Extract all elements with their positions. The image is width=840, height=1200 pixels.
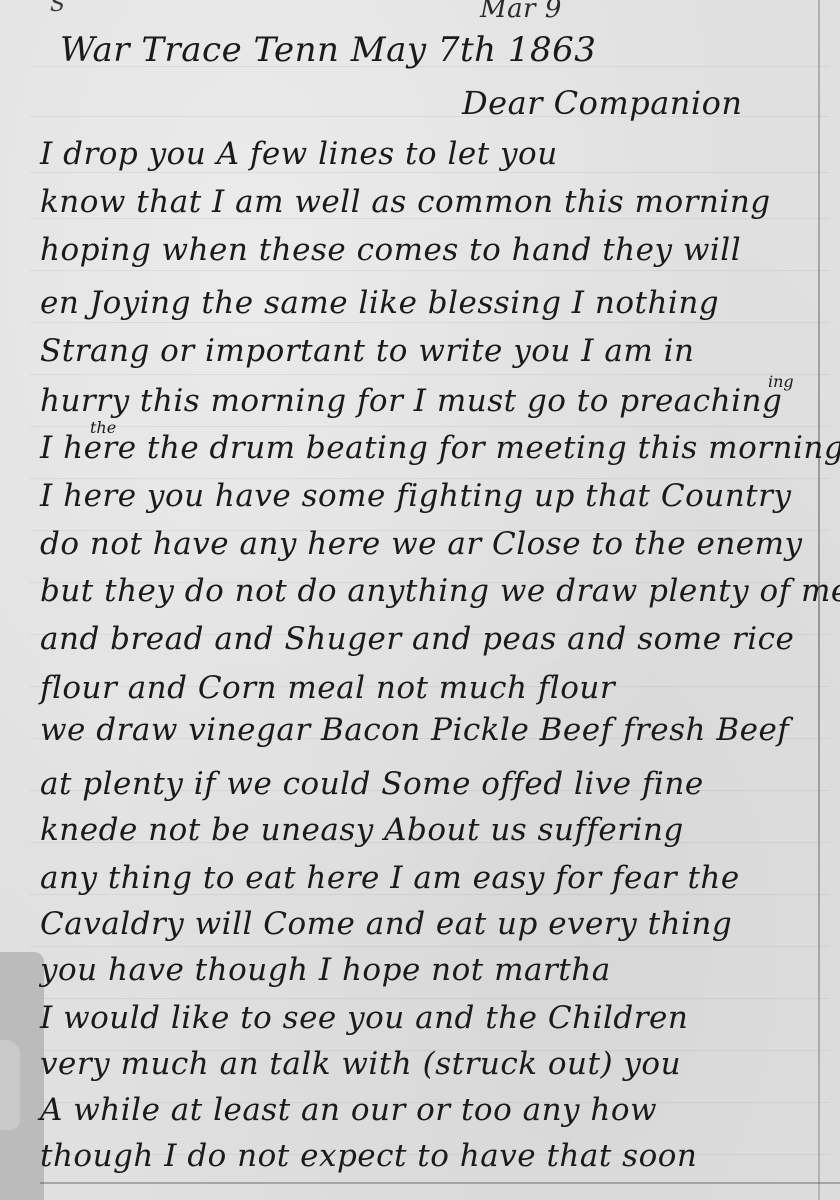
letter-line-4: en Joying the same like blessing I nothi… (40, 285, 820, 321)
top-fragment: Mar 9 (480, 0, 562, 24)
interlinear-insertion: ing (768, 372, 794, 391)
ruled-line (30, 270, 830, 271)
letter-dateline: War Trace Tenn May 7th 1863 (60, 30, 596, 70)
letter-line-12: flour and Corn meal not much flour (40, 670, 820, 706)
letter-line-21: A while at least an our or too any how (40, 1092, 820, 1128)
letter-line-5: Strang or important to write you I am in (40, 333, 820, 369)
ruled-line (30, 946, 830, 947)
letter-line-6: hurry this morning for I must go to prea… (40, 383, 820, 419)
ruled-line (30, 426, 830, 427)
letter-line-3: hoping when these comes to hand they wil… (40, 232, 820, 268)
letter-line-11: and bread and Shuger and peas and some r… (40, 621, 820, 657)
letter-line-20: very much an talk with (struck out) you (40, 1046, 820, 1082)
ruled-line (30, 998, 830, 999)
letter-line-14: at plenty if we could Some offed live fi… (40, 766, 820, 802)
interlinear-insertion: the (90, 418, 116, 437)
ruled-line (30, 172, 830, 173)
letter-line-17: Cavaldry will Come and eat up every thin… (40, 906, 820, 942)
ruled-line (30, 374, 830, 375)
letter-line-19: I would like to see you and the Children (40, 1000, 820, 1036)
letter-line-10: but they do not do anything we draw plen… (40, 573, 820, 609)
ruled-line (30, 322, 830, 323)
letter-salutation: Dear Companion (462, 84, 743, 122)
letter-line-7: I here the drum beating for meeting this… (40, 430, 820, 466)
top-left-fragment: S (50, 0, 66, 17)
letter-line-8: I here you have some fighting up that Co… (40, 478, 820, 514)
letter-line-22: though I do not expect to have that soon (40, 1138, 820, 1174)
letter-line-16: any thing to eat here I am easy for fear… (40, 860, 820, 896)
letter-line-18: you have though I hope not martha (40, 952, 820, 988)
letter-line-2: know that I am well as common this morni… (40, 184, 820, 220)
letter-line-1: I drop you A few lines to let you (40, 136, 820, 172)
water-stain-edge (0, 1040, 20, 1130)
letter-page: S Mar 9 War Trace Tenn May 7th 1863 Dear… (0, 0, 840, 1200)
letter-line-13: we draw vinegar Bacon Pickle Beef fresh … (40, 712, 820, 748)
paper-bottom-edge (40, 1182, 840, 1184)
letter-line-9: do not have any here we ar Close to the … (40, 526, 820, 562)
letter-line-15: knede not be uneasy About us suffering (40, 812, 820, 848)
